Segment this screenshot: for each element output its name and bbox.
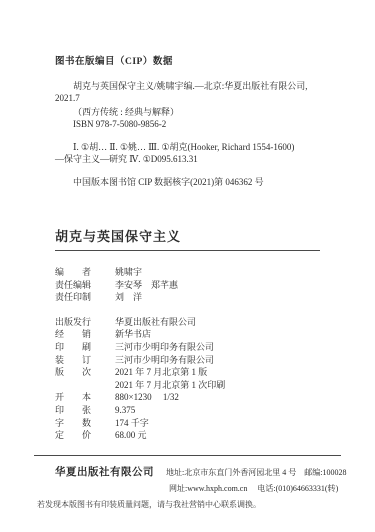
cip-series: （西方传统 : 经典与解释） — [55, 106, 320, 118]
cip-heading: 图书在版编目（CIP）数据 — [55, 56, 320, 68]
colophon-value: 174 千字 — [115, 417, 149, 430]
colophon-row-editor: 编 者 姚啸宇 — [55, 266, 320, 279]
colophon-label: 定 价 — [55, 429, 103, 442]
colophon-row-price: 定 价 68.00 元 — [55, 429, 320, 442]
cip-isbn: ISBN 978-7-5080-9856-2 — [55, 118, 320, 130]
footer-address: 地址:北京市东直门外香河园北里 4 号 邮编:100028 — [166, 467, 346, 478]
colophon-label: 印 张 — [55, 404, 103, 417]
cip-classification-line2: —保守主义—研究 Ⅳ. ①D095.613.31 — [55, 153, 320, 165]
colophon-label: 开 本 — [55, 391, 103, 404]
cip-classification-line1: Ⅰ. ①胡… Ⅱ. ①姚… Ⅲ. ①胡克(Hooker, Richard 155… — [55, 141, 320, 153]
colophon-row-printer: 印 刷 三河市少明印务有限公司 — [55, 341, 320, 354]
colophon-row-sheets: 印 张 9.375 — [55, 404, 320, 417]
colophon-value: 三河市少明印务有限公司 — [115, 354, 214, 367]
colophon-row-edition: 版 次 2021 年 7 月北京第 1 版 — [55, 366, 320, 379]
colophon-label: 印 刷 — [55, 341, 103, 354]
colophon-row-edition-cont: 2021 年 7 月北京第 1 次印刷 — [55, 379, 320, 392]
colophon-label: 经 销 — [55, 328, 103, 341]
colophon-row-responsible-editor: 责任编辑 李安琴 郑芊惠 — [55, 279, 320, 292]
colophon-value: 刘 洋 — [115, 291, 142, 304]
colophon-label: 责任印制 — [55, 291, 103, 304]
cip-record-number: 中国版本图书馆 CIP 数据核字(2021)第 046362 号 — [55, 176, 320, 188]
colophon-value: 三河市少明印务有限公司 — [115, 341, 214, 354]
colophon-value: 新华书店 — [115, 328, 151, 341]
title-divider — [55, 250, 320, 251]
colophon-row-print-supervisor: 责任印制 刘 洋 — [55, 291, 320, 304]
colophon-value: 9.375 — [115, 404, 135, 417]
colophon-value: 2021 年 7 月北京第 1 次印刷 — [115, 379, 225, 392]
cip-block: 图书在版编目（CIP）数据 胡克与英国保守主义/姚啸宇编.—北京:华夏出版社有限… — [55, 56, 320, 188]
footer-divider — [34, 455, 341, 456]
colophon-value: 李安琴 郑芊惠 — [115, 279, 178, 292]
colophon-label: 编 者 — [55, 266, 103, 279]
colophon-row-binder: 装 订 三河市少明印务有限公司 — [55, 354, 320, 367]
cip-entry-line1: 胡克与英国保守主义/姚啸宇编.—北京:华夏出版社有限公司, — [55, 80, 320, 92]
colophon-block: 编 者 姚啸宇 责任编辑 李安琴 郑芊惠 责任印制 刘 洋 出版发行 华夏出版社… — [55, 266, 320, 442]
colophon-value: 华夏出版社有限公司 — [115, 316, 196, 329]
book-title: 胡克与英国保守主义 — [55, 226, 320, 245]
colophon-row-distributor: 经 销 新华书店 — [55, 328, 320, 341]
cip-entry-line2: 2021.7 — [55, 92, 320, 104]
colophon-value: 姚啸宇 — [115, 266, 142, 279]
colophon-label: 责任编辑 — [55, 279, 103, 292]
colophon-row-word-count: 字 数 174 千字 — [55, 417, 320, 430]
footer-publisher-row: 华夏出版社有限公司 地址:北京市东直门外香河园北里 4 号 邮编:100028 — [55, 464, 320, 479]
colophon-label: 装 订 — [55, 354, 103, 367]
colophon-value: 68.00 元 — [115, 429, 147, 442]
colophon-label — [55, 379, 103, 392]
colophon-value: 880×1230 1/32 — [115, 391, 179, 404]
footer-contact: 网址:www.hxph.com.cn 电话:(010)64663331(转) — [169, 483, 320, 494]
copyright-page: 图书在版编目（CIP）数据 胡克与英国保守主义/姚啸宇编.—北京:华夏出版社有限… — [0, 0, 375, 532]
colophon-value: 2021 年 7 月北京第 1 版 — [115, 366, 207, 379]
colophon-label: 版 次 — [55, 366, 103, 379]
footer-publisher-name: 华夏出版社有限公司 — [55, 464, 154, 479]
colophon-label: 字 数 — [55, 417, 103, 430]
colophon-row-format: 开 本 880×1230 1/32 — [55, 391, 320, 404]
footer-quality-notice: 若发现本版图书有印装质量问题，请与我社营销中心联系调换。 — [37, 499, 320, 510]
colophon-label: 出版发行 — [55, 316, 103, 329]
colophon-row-publisher: 出版发行 华夏出版社有限公司 — [55, 316, 320, 329]
